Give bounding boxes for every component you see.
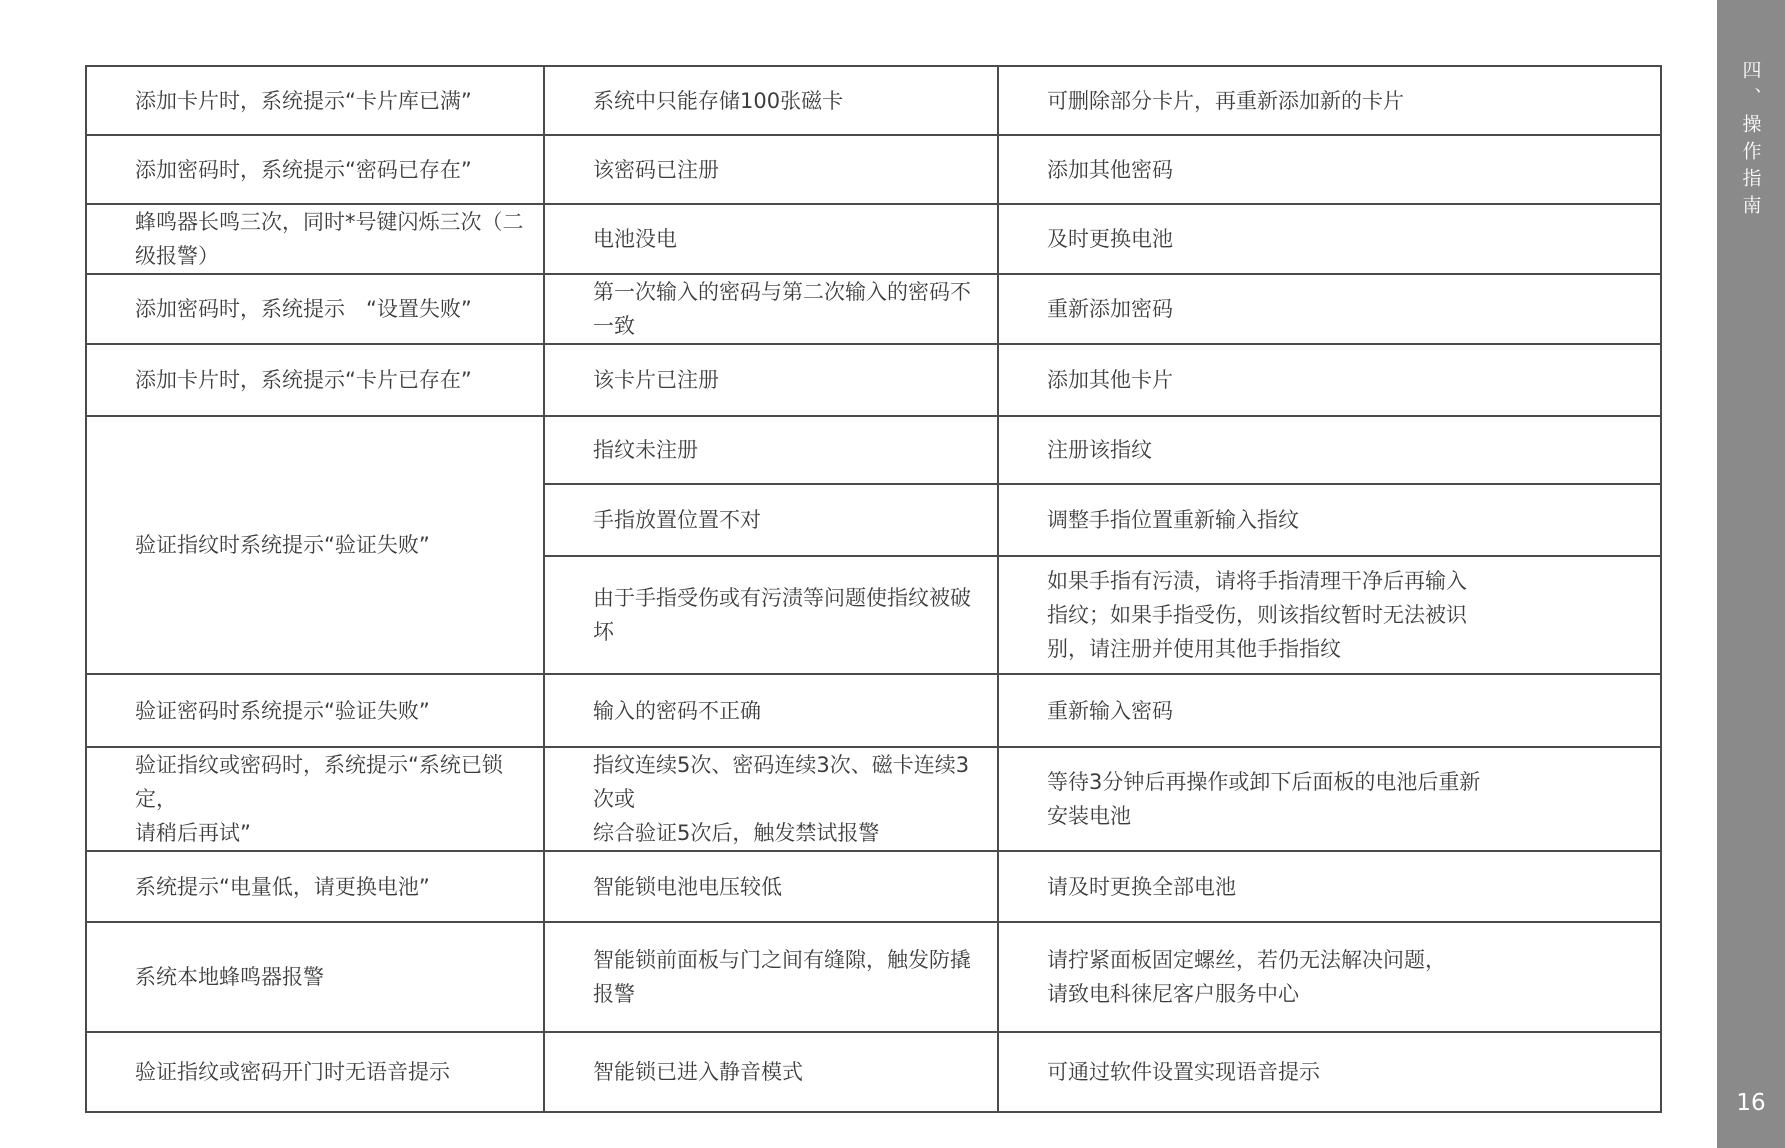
symptom-cell: 蜂鸣器长鸣三次，同时*号键闪烁三次（二级报警） — [86, 204, 544, 274]
solution-cell: 如果手指有污渍，请将手指清理干净后再输入 指纹；如果手指受伤，则该指纹暂时无法被… — [998, 556, 1661, 674]
symptom-cell: 系统提示“电量低，请更换电池” — [86, 851, 544, 922]
solution-cell: 可通过软件设置实现语音提示 — [998, 1032, 1661, 1112]
table-row: 添加卡片时，系统提示“卡片库已满” 系统中只能存储100张磁卡 可删除部分卡片，… — [86, 66, 1661, 135]
table-row: 验证指纹或密码开门时无语音提示 智能锁已进入静音模式 可通过软件设置实现语音提示 — [86, 1032, 1661, 1112]
cause-cell: 该卡片已注册 — [544, 344, 998, 416]
cause-cell: 手指放置位置不对 — [544, 484, 998, 556]
table-row: 验证密码时系统提示“验证失败” 输入的密码不正确 重新输入密码 — [86, 674, 1661, 747]
table-row: 蜂鸣器长鸣三次，同时*号键闪烁三次（二级报警） 电池没电 及时更换电池 — [86, 204, 1661, 274]
cause-cell: 智能锁已进入静音模式 — [544, 1032, 998, 1112]
symptom-cell: 验证指纹或密码时，系统提示“系统已锁定， 请稍后再试” — [86, 747, 544, 851]
troubleshooting-table-container: 添加卡片时，系统提示“卡片库已满” 系统中只能存储100张磁卡 可删除部分卡片，… — [85, 65, 1662, 1113]
page-number: 16 — [1717, 1090, 1785, 1116]
symptom-cell: 添加密码时，系统提示 “设置失败” — [86, 274, 544, 344]
symptom-cell: 验证密码时系统提示“验证失败” — [86, 674, 544, 747]
cause-cell: 第一次输入的密码与第二次输入的密码不一致 — [544, 274, 998, 344]
table-row: 添加卡片时，系统提示“卡片已存在” 该卡片已注册 添加其他卡片 — [86, 344, 1661, 416]
table-row: 系统提示“电量低，请更换电池” 智能锁电池电压较低 请及时更换全部电池 — [86, 851, 1661, 922]
solution-cell: 添加其他密码 — [998, 135, 1661, 204]
symptom-cell: 验证指纹时系统提示“验证失败” — [86, 416, 544, 674]
cause-cell: 指纹连续5次、密码连续3次、磁卡连续3次或 综合验证5次后，触发禁试报警 — [544, 747, 998, 851]
solution-cell: 重新输入密码 — [998, 674, 1661, 747]
cause-cell: 指纹未注册 — [544, 416, 998, 484]
chapter-title-vertical: 四、操作指南 — [1738, 60, 1765, 222]
cause-cell: 输入的密码不正确 — [544, 674, 998, 747]
solution-cell: 可删除部分卡片，再重新添加新的卡片 — [998, 66, 1661, 135]
cause-cell: 该密码已注册 — [544, 135, 998, 204]
solution-cell: 调整手指位置重新输入指纹 — [998, 484, 1661, 556]
table-row: 系统本地蜂鸣器报警 智能锁前面板与门之间有缝隙，触发防撬报警 请拧紧面板固定螺丝… — [86, 922, 1661, 1032]
cause-cell: 电池没电 — [544, 204, 998, 274]
chapter-sidebar: 四、操作指南 16 — [1717, 0, 1785, 1148]
cause-cell: 系统中只能存储100张磁卡 — [544, 66, 998, 135]
table-row: 添加密码时，系统提示 “设置失败” 第一次输入的密码与第二次输入的密码不一致 重… — [86, 274, 1661, 344]
cause-cell: 由于手指受伤或有污渍等问题使指纹被破坏 — [544, 556, 998, 674]
symptom-cell: 添加卡片时，系统提示“卡片库已满” — [86, 66, 544, 135]
solution-cell: 请及时更换全部电池 — [998, 851, 1661, 922]
cause-cell: 智能锁前面板与门之间有缝隙，触发防撬报警 — [544, 922, 998, 1032]
symptom-cell: 添加密码时，系统提示“密码已存在” — [86, 135, 544, 204]
symptom-cell: 系统本地蜂鸣器报警 — [86, 922, 544, 1032]
solution-cell: 添加其他卡片 — [998, 344, 1661, 416]
table-row: 添加密码时，系统提示“密码已存在” 该密码已注册 添加其他密码 — [86, 135, 1661, 204]
cause-cell: 智能锁电池电压较低 — [544, 851, 998, 922]
symptom-cell: 验证指纹或密码开门时无语音提示 — [86, 1032, 544, 1112]
table-row: 验证指纹或密码时，系统提示“系统已锁定， 请稍后再试” 指纹连续5次、密码连续3… — [86, 747, 1661, 851]
table-row: 验证指纹时系统提示“验证失败” 指纹未注册 注册该指纹 — [86, 416, 1661, 484]
solution-cell: 等待3分钟后再操作或卸下后面板的电池后重新 安装电池 — [998, 747, 1661, 851]
symptom-cell: 添加卡片时，系统提示“卡片已存在” — [86, 344, 544, 416]
solution-cell: 注册该指纹 — [998, 416, 1661, 484]
manual-page: 添加卡片时，系统提示“卡片库已满” 系统中只能存储100张磁卡 可删除部分卡片，… — [0, 0, 1785, 1148]
solution-cell: 请拧紧面板固定螺丝，若仍无法解决问题， 请致电科徕尼客户服务中心 — [998, 922, 1661, 1032]
solution-cell: 及时更换电池 — [998, 204, 1661, 274]
solution-cell: 重新添加密码 — [998, 274, 1661, 344]
troubleshooting-table: 添加卡片时，系统提示“卡片库已满” 系统中只能存储100张磁卡 可删除部分卡片，… — [85, 65, 1662, 1113]
